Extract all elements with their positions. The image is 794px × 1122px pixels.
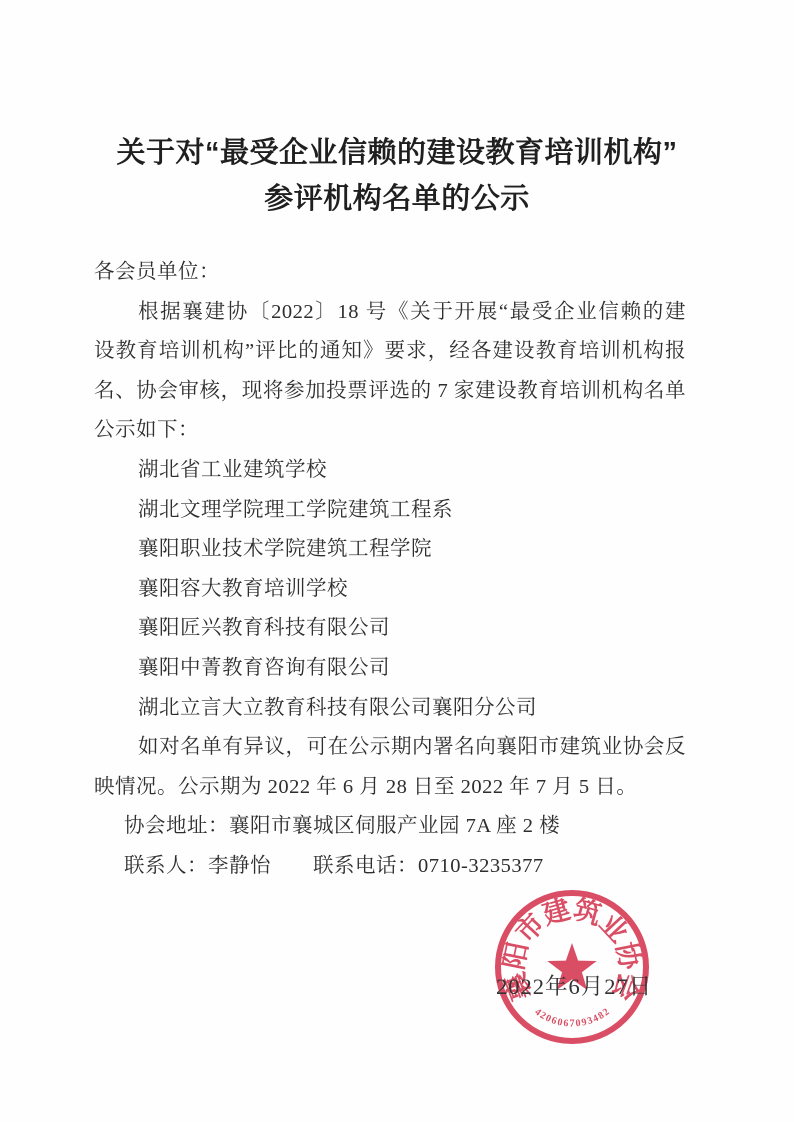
body-line: 设教育培训机构”评比的通知》要求，经各建设教育培训机构报 xyxy=(94,332,686,372)
institution-item: 襄阳中菁教育咨询有限公司 xyxy=(94,649,686,689)
document-page: 关于对“最受企业信赖的建设教育培训机构” 参评机构名单的公示 各会员单位： 根据… xyxy=(0,0,794,1122)
seal-code-arc: 4206067093482 xyxy=(532,1007,611,1030)
body-line: 根据襄建协〔2022〕18 号《关于开展“最受企业信赖的建 xyxy=(94,293,686,333)
title-line-1: 关于对“最受企业信赖的建设教育培训机构” xyxy=(0,130,794,176)
svg-text:7: 7 xyxy=(570,1019,575,1030)
body-line: 公示如下： xyxy=(94,411,686,451)
institution-item: 襄阳职业技术学院建筑工程学院 xyxy=(94,530,686,570)
salutation-line: 各会员单位： xyxy=(94,253,686,293)
institution-item: 湖北立言大立教育科技有限公司襄阳分公司 xyxy=(94,689,686,729)
body-line: 如对名单有异议，可在公示期内署名向襄阳市建筑业协会反 xyxy=(94,728,686,768)
institution-item: 湖北省工业建筑学校 xyxy=(94,451,686,491)
institution-item: 襄阳匠兴教育科技有限公司 xyxy=(94,609,686,649)
body-line: 映情况。公示期为 2022 年 6 月 28 日至 2022 年 7 月 5 日… xyxy=(94,768,686,808)
issue-date: 2022年6月27日 xyxy=(496,969,652,1001)
document-body: 各会员单位： 根据襄建协〔2022〕18 号《关于开展“最受企业信赖的建 设教育… xyxy=(94,253,686,887)
svg-text:6: 6 xyxy=(563,1018,569,1029)
body-line: 名、协会审核，现将参加投票评选的 7 家建设教育培训机构名单 xyxy=(94,372,686,412)
page-title: 关于对“最受企业信赖的建设教育培训机构” 参评机构名单的公示 xyxy=(0,130,794,222)
svg-text:协: 协 xyxy=(610,940,645,973)
title-line-2: 参评机构名单的公示 xyxy=(0,176,794,222)
address-line: 协会地址：襄阳市襄城区伺服产业园 7A 座 2 楼 xyxy=(94,807,686,847)
institution-item: 湖北文理学院理工学院建筑工程系 xyxy=(94,491,686,531)
official-seal: 襄阳市建筑业协会 4206067093482 xyxy=(477,872,667,1062)
institution-item: 襄阳容大教育培训学校 xyxy=(94,570,686,610)
